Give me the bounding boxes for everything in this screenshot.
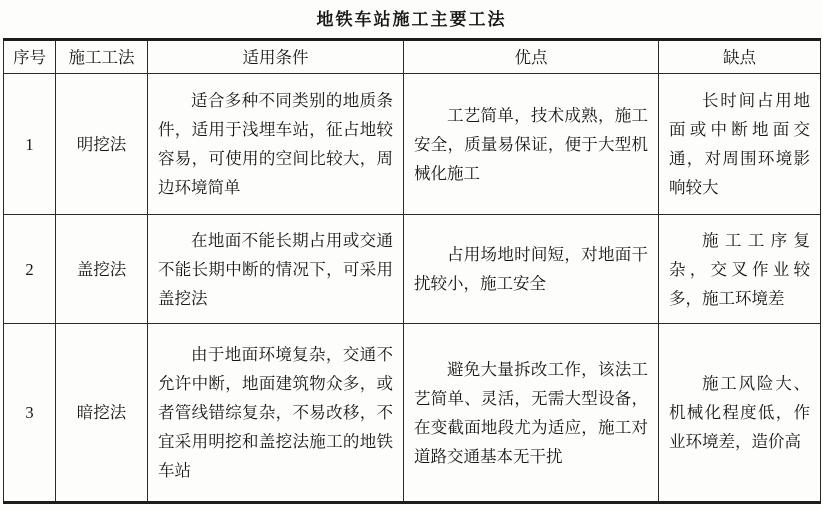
cell-applicable-conditions: 由于地面环境复杂，交通不允许中断，地面建筑物众多，或者管线错综复杂，不易改移，不…	[148, 324, 404, 503]
table-row: 2 盖挖法 在地面不能长期占用或交通不能长期中断的情况下，可采用盖挖法 占用场地…	[4, 215, 821, 324]
cell-disadvantages: 施工风险大、机械化程度低，作业环境差，造价高	[659, 324, 821, 503]
cell-advantages: 避免大量拆改工作，该法工艺简单、灵活，无需大型设备，在变截面地段尤为适应，施工对…	[404, 324, 659, 503]
cell-disadvantages: 长时间占用地面或中断地面交通，对周围环境影响较大	[659, 74, 821, 215]
document-page: 地铁车站施工主要工法 序号 施工工法 适用条件 优点 缺点 1 明挖法 适合多种…	[0, 0, 823, 510]
conditions-text: 由于地面环境复杂，交通不允许中断，地面建筑物众多，或者管线错综复杂，不易改移，不…	[158, 340, 393, 485]
cell-serial-number: 2	[4, 215, 56, 324]
disadvantages-text: 施工工序复杂，交叉作业较多，施工环境差	[669, 226, 810, 313]
header-applicable-conditions: 适用条件	[148, 40, 404, 74]
header-row: 序号 施工工法 适用条件 优点 缺点	[4, 40, 821, 74]
cell-advantages: 占用场地时间短，对地面干扰较小，施工安全	[404, 215, 659, 324]
cell-serial-number: 3	[4, 324, 56, 503]
advantages-text: 占用场地时间短，对地面干扰较小，施工安全	[414, 240, 648, 298]
conditions-text: 在地面不能长期占用或交通不能长期中断的情况下，可采用盖挖法	[158, 226, 393, 313]
disadvantages-text: 施工风险大、机械化程度低，作业环境差，造价高	[669, 369, 810, 456]
header-disadvantages: 缺点	[659, 40, 821, 74]
cell-construction-method: 暗挖法	[56, 324, 148, 503]
table-row: 1 明挖法 适合多种不同类别的地质条件，适用于浅埋车站，征占地较容易，可使用的空…	[4, 74, 821, 215]
cell-serial-number: 1	[4, 74, 56, 215]
advantages-text: 工艺简单，技术成熟，施工安全，质量易保证，便于大型机械化施工	[414, 101, 648, 188]
cell-advantages: 工艺简单，技术成熟，施工安全，质量易保证，便于大型机械化施工	[404, 74, 659, 215]
header-advantages: 优点	[404, 40, 659, 74]
cell-construction-method: 盖挖法	[56, 215, 148, 324]
header-serial-number: 序号	[4, 40, 56, 74]
cell-disadvantages: 施工工序复杂，交叉作业较多，施工环境差	[659, 215, 821, 324]
header-construction-method: 施工工法	[56, 40, 148, 74]
disadvantages-text: 长时间占用地面或中断地面交通，对周围环境影响较大	[669, 86, 810, 202]
table-row: 3 暗挖法 由于地面环境复杂，交通不允许中断，地面建筑物众多，或者管线错综复杂，…	[4, 324, 821, 503]
cell-applicable-conditions: 适合多种不同类别的地质条件，适用于浅埋车站，征占地较容易，可使用的空间比较大，周…	[148, 74, 404, 215]
cell-applicable-conditions: 在地面不能长期占用或交通不能长期中断的情况下，可采用盖挖法	[148, 215, 404, 324]
construction-methods-table: 序号 施工工法 适用条件 优点 缺点 1 明挖法 适合多种不同类别的地质条件，适…	[3, 38, 821, 504]
table-title: 地铁车站施工主要工法	[0, 5, 823, 30]
advantages-text: 避免大量拆改工作，该法工艺简单、灵活，无需大型设备，在变截面地段尤为适应，施工对…	[414, 355, 648, 471]
cell-construction-method: 明挖法	[56, 74, 148, 215]
conditions-text: 适合多种不同类别的地质条件，适用于浅埋车站，征占地较容易，可使用的空间比较大，周…	[158, 86, 393, 202]
